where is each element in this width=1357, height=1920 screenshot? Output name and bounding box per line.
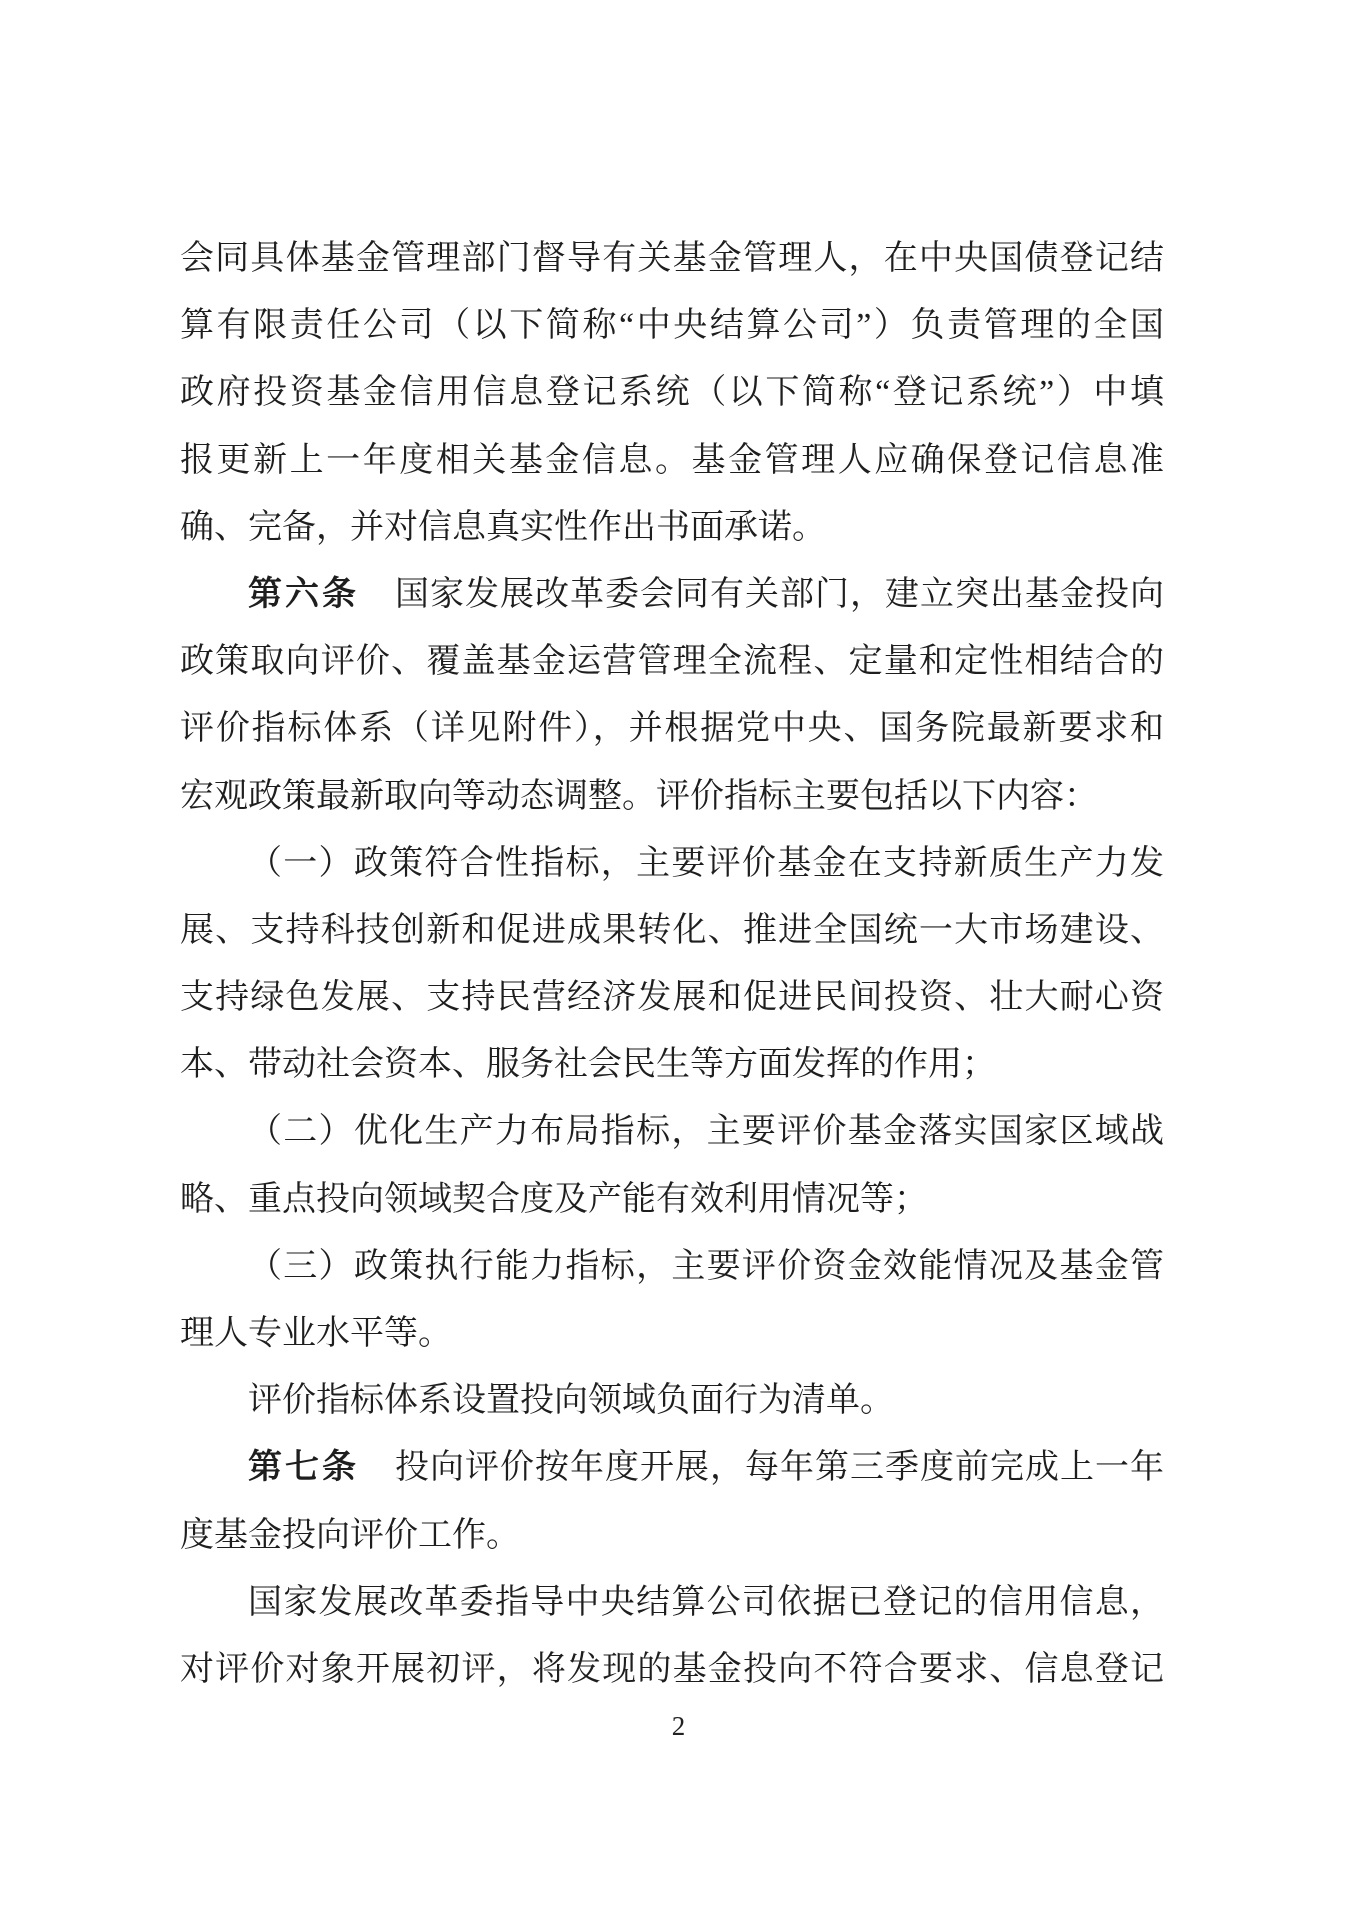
document-line: 展、支持科技创新和促进成果转化、推进全国统一大市场建设、 bbox=[180, 897, 1164, 964]
document-line: 第七条投向评价按年度开展，每年第三季度前完成上一年 bbox=[180, 1434, 1164, 1501]
line-text: 宏观政策最新取向等动态调整。评价指标主要包括以下内容： bbox=[180, 778, 1098, 815]
line-text: 国家发展改革委指导中央结算公司依据已登记的信用信息， bbox=[248, 1584, 1164, 1621]
text-block: 会同具体基金管理部门督导有关基金管理人，在中央国债登记结 算有限责任公司（以下简… bbox=[180, 225, 1164, 1703]
line-text: 国家发展改革委会同有关部门，建立突出基金投向 bbox=[395, 576, 1164, 613]
line-text: 报更新上一年度相关基金信息。基金管理人应确保登记信息准 bbox=[180, 442, 1164, 479]
document-line: 国家发展改革委指导中央结算公司依据已登记的信用信息， bbox=[180, 1569, 1164, 1636]
document-line: 第六条国家发展改革委会同有关部门，建立突出基金投向 bbox=[180, 561, 1164, 628]
line-text: 会同具体基金管理部门督导有关基金管理人，在中央国债登记结 bbox=[180, 240, 1164, 277]
document-page: 会同具体基金管理部门督导有关基金管理人，在中央国债登记结 算有限责任公司（以下简… bbox=[0, 0, 1357, 1920]
line-text: 政策取向评价、覆盖基金运营管理全流程、定量和定性相结合的 bbox=[180, 643, 1164, 680]
document-line: 对评价对象开展初评，将发现的基金投向不符合要求、信息登记 bbox=[180, 1636, 1164, 1703]
line-text: 政府投资基金信用信息登记系统（以下简称“登记系统”）中填 bbox=[180, 374, 1164, 411]
line-text: 度基金投向评价工作。 bbox=[180, 1517, 520, 1554]
document-line: 宏观政策最新取向等动态调整。评价指标主要包括以下内容： bbox=[180, 763, 1164, 830]
document-line: 评价指标体系设置投向领域负面行为清单。 bbox=[180, 1367, 1164, 1434]
line-text: （三）政策执行能力指标，主要评价资金效能情况及基金管 bbox=[248, 1248, 1164, 1285]
clause-label: 第六条 bbox=[248, 576, 359, 613]
document-line: 会同具体基金管理部门督导有关基金管理人，在中央国债登记结 bbox=[180, 225, 1164, 292]
document-line: （三）政策执行能力指标，主要评价资金效能情况及基金管 bbox=[180, 1233, 1164, 1300]
document-line: 度基金投向评价工作。 bbox=[180, 1502, 1164, 1569]
document-line: （一）政策符合性指标，主要评价基金在支持新质生产力发 bbox=[180, 830, 1164, 897]
line-text: 展、支持科技创新和促进成果转化、推进全国统一大市场建设、 bbox=[180, 912, 1164, 949]
line-text: 略、重点投向领域契合度及产能有效利用情况等； bbox=[180, 1181, 928, 1218]
line-text: 投向评价按年度开展，每年第三季度前完成上一年 bbox=[395, 1449, 1164, 1486]
line-text: 本、带动社会资本、服务社会民生等方面发挥的作用； bbox=[180, 1046, 996, 1083]
document-line: 确、完备，并对信息真实性作出书面承诺。 bbox=[180, 494, 1164, 561]
page-number: 2 bbox=[0, 1706, 1357, 1746]
document-line: 支持绿色发展、支持民营经济发展和促进民间投资、壮大耐心资 bbox=[180, 964, 1164, 1031]
line-text: 理人专业水平等。 bbox=[180, 1315, 452, 1352]
document-line: 算有限责任公司（以下简称“中央结算公司”）负责管理的全国 bbox=[180, 292, 1164, 359]
line-text: （二）优化生产力布局指标，主要评价基金落实国家区域战 bbox=[248, 1113, 1164, 1150]
line-text: （一）政策符合性指标，主要评价基金在支持新质生产力发 bbox=[248, 845, 1164, 882]
line-text: 算有限责任公司（以下简称“中央结算公司”）负责管理的全国 bbox=[180, 307, 1164, 344]
line-text: 评价指标体系设置投向领域负面行为清单。 bbox=[248, 1382, 894, 1419]
line-text: 对评价对象开展初评，将发现的基金投向不符合要求、信息登记 bbox=[180, 1651, 1164, 1688]
clause-label: 第七条 bbox=[248, 1449, 359, 1486]
line-text: 确、完备，并对信息真实性作出书面承诺。 bbox=[180, 509, 826, 546]
line-text: 评价指标体系（详见附件），并根据党中央、国务院最新要求和 bbox=[180, 710, 1164, 747]
document-line: 本、带动社会资本、服务社会民生等方面发挥的作用； bbox=[180, 1031, 1164, 1098]
document-line: 政策取向评价、覆盖基金运营管理全流程、定量和定性相结合的 bbox=[180, 628, 1164, 695]
document-line: 略、重点投向领域契合度及产能有效利用情况等； bbox=[180, 1166, 1164, 1233]
document-line: 理人专业水平等。 bbox=[180, 1300, 1164, 1367]
document-line: 评价指标体系（详见附件），并根据党中央、国务院最新要求和 bbox=[180, 695, 1164, 762]
document-line: 政府投资基金信用信息登记系统（以下简称“登记系统”）中填 bbox=[180, 359, 1164, 426]
line-text: 支持绿色发展、支持民营经济发展和促进民间投资、壮大耐心资 bbox=[180, 979, 1164, 1016]
document-line: 报更新上一年度相关基金信息。基金管理人应确保登记信息准 bbox=[180, 427, 1164, 494]
document-line: （二）优化生产力布局指标，主要评价基金落实国家区域战 bbox=[180, 1098, 1164, 1165]
